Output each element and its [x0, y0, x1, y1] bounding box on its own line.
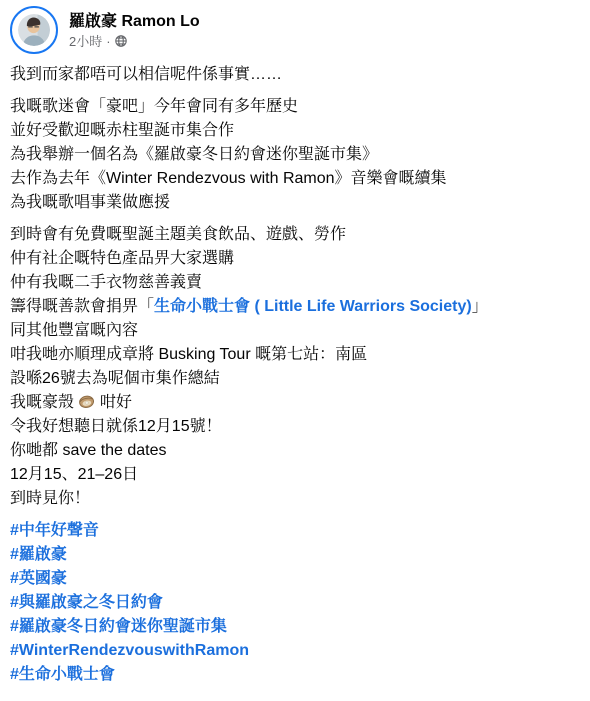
- post-line: 設喺26號去為呢個市集作總結: [10, 367, 580, 391]
- hashtag-link[interactable]: #羅啟豪冬日約會迷你聖誕市集: [10, 618, 227, 635]
- avatar-photo: [18, 14, 50, 46]
- post-header: 羅啟豪 Ramon Lo 2小時 ·: [10, 4, 580, 54]
- post-line: 我到而家都唔可以相信呢件係事實……: [10, 63, 580, 87]
- post-line: #生命小戰士會: [10, 663, 580, 687]
- post-text: 你哋都 save the dates: [10, 442, 167, 459]
- post-text: 到時會有免費嘅聖誕主題美食飲品、遊戲、勞作: [10, 226, 346, 243]
- facebook-post: 羅啟豪 Ramon Lo 2小時 · 我到而家都唔可以相信呢件係事實……我嘅歌迷…: [0, 0, 590, 701]
- header-text: 羅啟豪 Ramon Lo 2小時 ·: [69, 11, 200, 50]
- hashtag-link[interactable]: #WinterRendezvouswithRamon: [10, 642, 249, 659]
- post-line: 為我嘅歌唱事業做應援: [10, 191, 580, 215]
- post-text: 咁好: [95, 394, 131, 411]
- post-text: 」: [472, 298, 488, 315]
- post-line: 去作為去年《Winter Rendezvous with Ramon》音樂會嘅續…: [10, 167, 580, 191]
- post-text: 仲有社企嘅特色產品畀大家選購: [10, 250, 234, 267]
- hashtag-link[interactable]: #生命小戰士會: [10, 666, 115, 683]
- post-text: 籌得嘅善款會捐畀「: [10, 298, 154, 315]
- post-text: 去作為去年《Winter Rendezvous with Ramon》音樂會嘅續…: [10, 170, 447, 187]
- hashtag-link[interactable]: #羅啟豪: [10, 546, 67, 563]
- post-paragraph: 到時會有免費嘅聖誕主題美食飲品、遊戲、勞作仲有社企嘅特色產品畀大家選購仲有我嘅二…: [10, 223, 580, 511]
- post-line: 你哋都 save the dates: [10, 439, 580, 463]
- post-line: 為我舉辦一個名為《羅啟豪冬日約會迷你聖誕市集》: [10, 143, 580, 167]
- post-text: 為我舉辦一個名為《羅啟豪冬日約會迷你聖誕市集》: [10, 146, 378, 163]
- post-body: 我到而家都唔可以相信呢件係事實……我嘅歌迷會「豪吧」今年會同有多年歷史並好受歡迎…: [10, 63, 580, 687]
- hashtag-link[interactable]: #與羅啟豪之冬日約會: [10, 594, 163, 611]
- post-text: 我到而家都唔可以相信呢件係事實……: [10, 66, 282, 83]
- post-line: 12月15、21–26日: [10, 463, 580, 487]
- hashtag-link[interactable]: #中年好聲音: [10, 522, 99, 539]
- post-paragraph: #中年好聲音#羅啟豪#英國豪#與羅啟豪之冬日約會#羅啟豪冬日約會迷你聖誕市集#W…: [10, 519, 580, 687]
- avatar[interactable]: [10, 6, 58, 54]
- post-line: 到時見你！: [10, 487, 580, 511]
- hashtag-link[interactable]: #英國豪: [10, 570, 67, 587]
- post-line: #羅啟豪: [10, 543, 580, 567]
- post-paragraph: 我嘅歌迷會「豪吧」今年會同有多年歷史並好受歡迎嘅赤柱聖誕市集合作為我舉辦一個名為…: [10, 95, 580, 215]
- post-line: 咁我哋亦順理成章將 Busking Tour 嘅第七站：南區: [10, 343, 580, 367]
- post-line: 我嘅歌迷會「豪吧」今年會同有多年歷史: [10, 95, 580, 119]
- post-text: 同其他豐富嘅內容: [10, 322, 138, 339]
- post-line: #與羅啟豪之冬日約會: [10, 591, 580, 615]
- post-text: 我嘅豪殼: [10, 394, 78, 411]
- post-line: 到時會有免費嘅聖誕主題美食飲品、遊戲、勞作: [10, 223, 580, 247]
- post-line: #WinterRendezvouswithRamon: [10, 639, 580, 663]
- post-line: #中年好聲音: [10, 519, 580, 543]
- post-text: 令我好想聽日就係12月15號！: [10, 418, 222, 435]
- post-line: 我嘅豪殼 咁好: [10, 391, 580, 415]
- post-text: 我嘅歌迷會「豪吧」今年會同有多年歷史: [10, 98, 298, 115]
- post-line: 籌得嘅善款會捐畀「生命小戰士會 ( Little Life Warriors S…: [10, 295, 580, 319]
- post-text: 仲有我嘅二手衣物慈善義賣: [10, 274, 202, 291]
- post-line: #羅啟豪冬日約會迷你聖誕市集: [10, 615, 580, 639]
- post-line: 令我好想聽日就係12月15號！: [10, 415, 580, 439]
- oyster-emoji: [78, 394, 95, 409]
- post-paragraph: 我到而家都唔可以相信呢件係事實……: [10, 63, 580, 87]
- post-text: 為我嘅歌唱事業做應援: [10, 194, 170, 211]
- post-line: #英國豪: [10, 567, 580, 591]
- post-line: 仲有社企嘅特色產品畀大家選購: [10, 247, 580, 271]
- post-line: 仲有我嘅二手衣物慈善義賣: [10, 271, 580, 295]
- post-line: 並好受歡迎嘅赤柱聖誕市集合作: [10, 119, 580, 143]
- post-text: 12月15、21–26日: [10, 466, 138, 483]
- post-text: 設喺26號去為呢個市集作總結: [10, 370, 220, 387]
- meta-separator: ·: [106, 33, 110, 50]
- author-name[interactable]: 羅啟豪 Ramon Lo: [69, 11, 200, 32]
- globe-icon: [115, 35, 127, 47]
- post-meta: 2小時 ·: [69, 33, 200, 50]
- timestamp[interactable]: 2小時: [69, 33, 102, 50]
- post-text: 到時見你！: [10, 490, 90, 507]
- post-line: 同其他豐富嘅內容: [10, 319, 580, 343]
- post-text: 咁我哋亦順理成章將 Busking Tour 嘅第七站：南區: [10, 346, 367, 363]
- post-text: 並好受歡迎嘅赤柱聖誕市集合作: [10, 122, 234, 139]
- page-link[interactable]: 生命小戰士會 ( Little Life Warriors Society): [154, 298, 472, 315]
